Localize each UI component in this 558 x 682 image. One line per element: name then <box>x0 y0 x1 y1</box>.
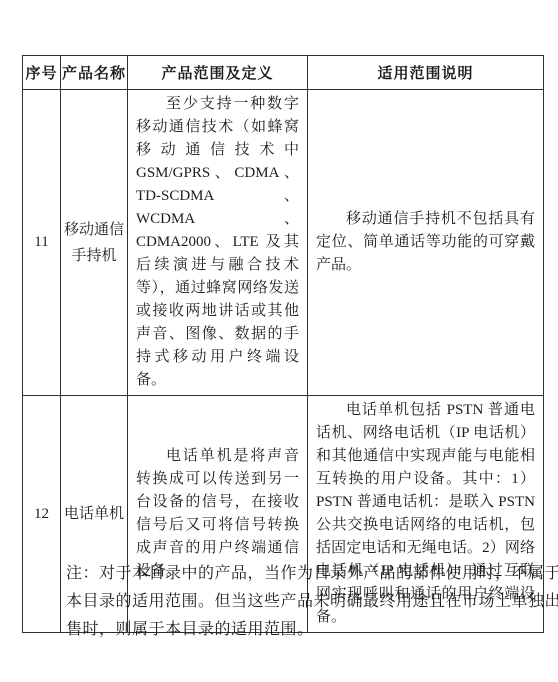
footnote-line-2: 本目录的适用范围。但当这些产品未明确最终用途且在市场上单独出 <box>66 588 526 616</box>
row11-definition-cell: 至少支持一种数字移动通信技术（如蜂窝移动通信技术中 GSM/GPRS、CDMA、… <box>128 90 308 396</box>
table-row-11: 11 移动通信手持机 至少支持一种数字移动通信技术（如蜂窝移动通信技术中 GSM… <box>23 90 544 396</box>
document-page: 序号 产品名称 产品范围及定义 适用范围说明 11 移动通信手持机 至少支持一种… <box>0 0 558 682</box>
footnote: 注：对于本目录中的产品，当作为目录外产品的部件使用时，不属于 本目录的适用范围。… <box>66 560 526 644</box>
row12-index: 12 <box>23 396 61 633</box>
row11-index: 11 <box>23 90 61 396</box>
header-scope: 适用范围说明 <box>308 56 544 90</box>
header-definition: 产品范围及定义 <box>128 56 308 90</box>
row11-product-name: 移动通信手持机 <box>61 90 128 396</box>
row11-scope-cell: 移动通信手持机不包括具有定位、简单通话等功能的可穿戴产品。 <box>308 90 544 396</box>
footnote-line-3: 售时，则属于本目录的适用范围。 <box>66 616 526 644</box>
product-catalog-table: 序号 产品名称 产品范围及定义 适用范围说明 11 移动通信手持机 至少支持一种… <box>22 55 544 633</box>
row11-definition-text: 至少支持一种数字移动通信技术（如蜂窝移动通信技术中 GSM/GPRS、CDMA、… <box>128 90 307 395</box>
footnote-line-1: 注：对于本目录中的产品，当作为目录外产品的部件使用时，不属于 <box>66 560 526 588</box>
row11-scope-text: 移动通信手持机不包括具有定位、简单通话等功能的可穿戴产品。 <box>308 205 543 280</box>
header-row: 序号 产品名称 产品范围及定义 适用范围说明 <box>23 56 544 90</box>
header-product-name: 产品名称 <box>61 56 128 90</box>
header-index: 序号 <box>23 56 61 90</box>
